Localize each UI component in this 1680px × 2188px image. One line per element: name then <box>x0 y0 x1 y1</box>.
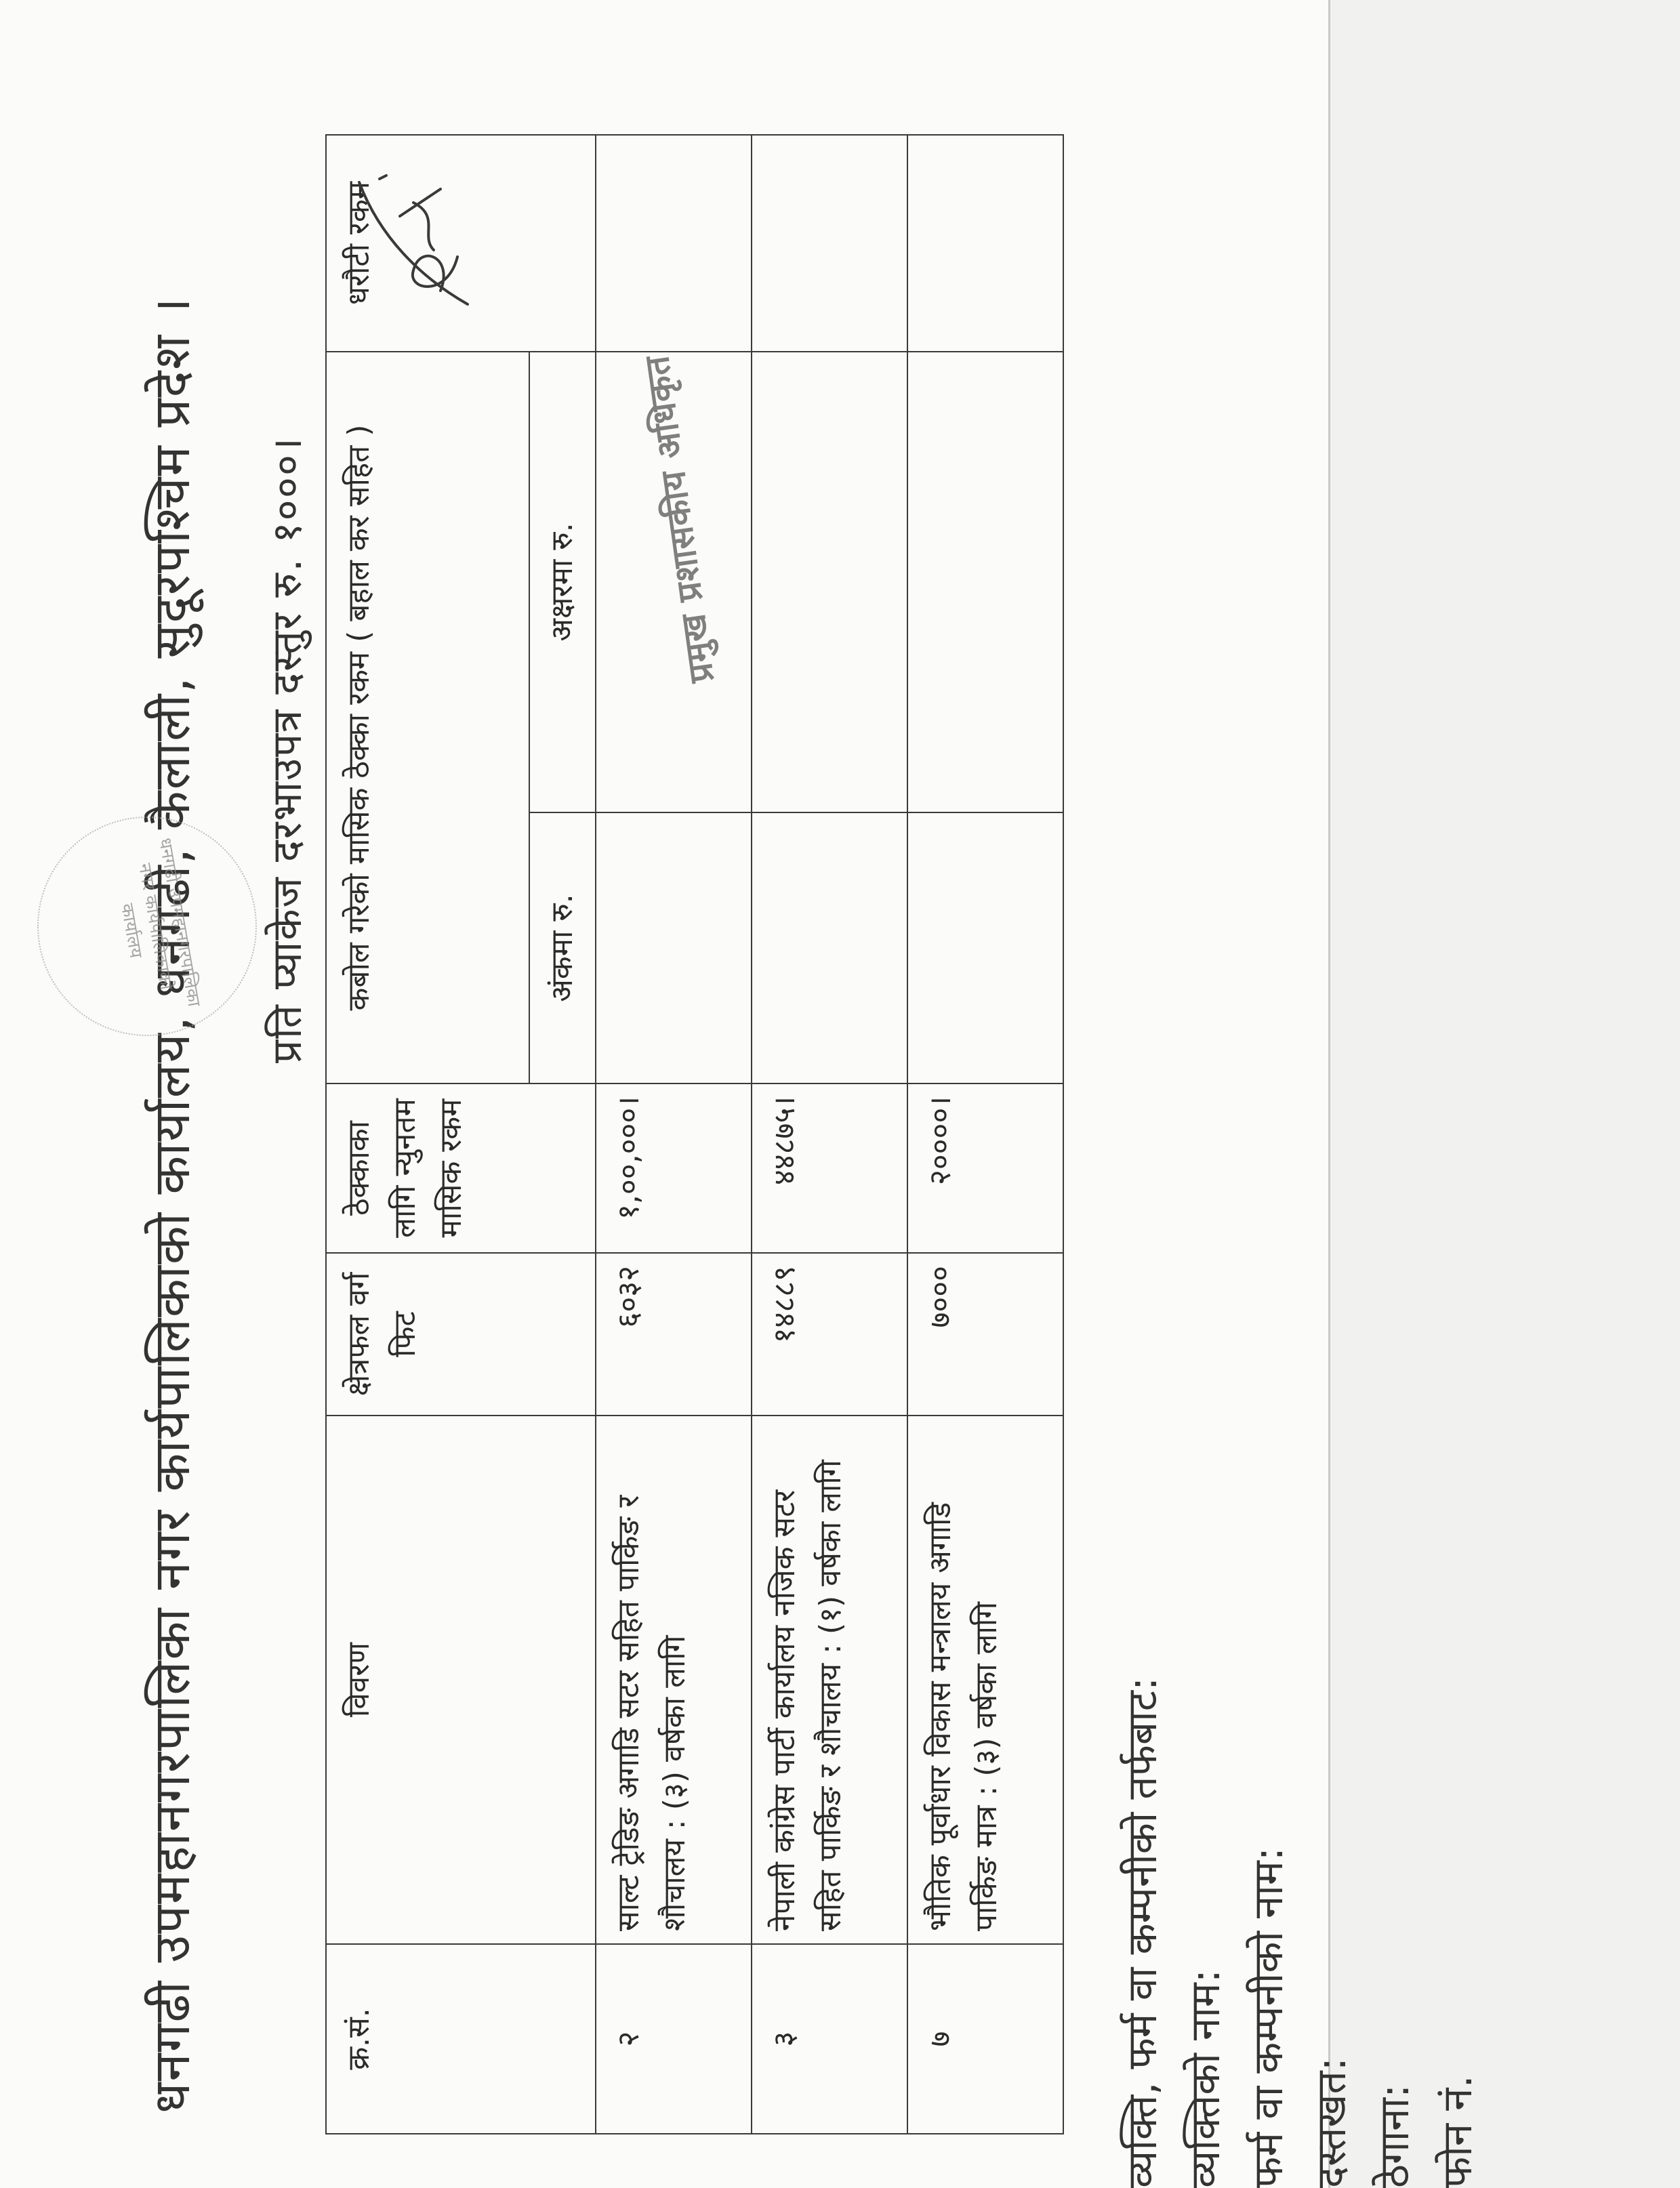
header-area: क्षेत्रफल वर्ग फिट <box>326 1253 596 1416</box>
row-quoted-digits-field[interactable] <box>907 812 1063 1083</box>
row-sn: ७ <box>907 1944 1063 2134</box>
row-description: नेपाली कांग्रेस पार्टी कार्यालय नजिक सटर… <box>752 1416 907 1944</box>
row-quoted-digits-field[interactable] <box>596 812 752 1083</box>
row-quoted-digits-field[interactable] <box>752 812 907 1083</box>
row-sn: २ <box>596 1944 752 2134</box>
table-row: ७ भौतिक पूर्वाधार विकास मन्त्रालय अगाडि … <box>907 135 1063 2134</box>
document-page: धनगढी उपमहानगरपालिका नगर कार्यपालिकाको क… <box>0 0 1680 2188</box>
row-area: ७००० <box>907 1253 1063 1416</box>
header-quoted-words: अक्षरमा रु. <box>529 352 596 812</box>
table-header-row: क्र.सं. विवरण क्षेत्रफल वर्ग फिट ठेक्काक… <box>326 135 529 2134</box>
row-quoted-words-field[interactable] <box>907 352 1063 812</box>
signature-mark <box>339 155 495 318</box>
row-description: साल्ट ट्रेडिङ अगाडि सटर सहित पार्किङ र श… <box>596 1416 752 1944</box>
document-title: धनगढी उपमहानगरपालिका नगर कार्यपालिकाको क… <box>136 47 204 2113</box>
bidder-details-footer: व्यक्ति, फर्म वा कम्पनीको तर्फबाट: व्यक्… <box>1111 1172 1490 2188</box>
header-description: विवरण <box>326 1416 596 1944</box>
round-seal-text: धनगढी उपमहानगरपालिका नगर कार्यपालिकाको क… <box>105 833 208 1020</box>
header-sn: क्र.सं. <box>326 1944 596 2134</box>
footer-line-signature[interactable]: दस्तखत: <box>1300 1172 1364 2188</box>
row-min-monthly: ४४८७५। <box>752 1083 907 1253</box>
round-seal-stamp: धनगढी उपमहानगरपालिका नगर कार्यपालिकाको क… <box>37 817 257 1036</box>
row-area: ६०३२ <box>596 1253 752 1416</box>
row-deposit-field[interactable] <box>907 135 1063 352</box>
footer-line-phone[interactable]: फोन नं. <box>1427 1172 1490 2188</box>
row-deposit-field[interactable] <box>752 135 907 352</box>
header-min-monthly: ठेक्काका लागि न्युनतम मासिक रकम <box>326 1083 596 1253</box>
footer-line-address[interactable]: ठेगाना: <box>1364 1172 1427 2188</box>
footer-line-on-behalf: व्यक्ति, फर्म वा कम्पनीको तर्फबाट: <box>1111 1172 1174 2188</box>
footer-line-person-name[interactable]: व्यक्तिको नाम: <box>1174 1172 1237 2188</box>
header-quoted-monthly: कबोल गरेको मासिक ठेक्का रकम ( बहाल कर सह… <box>326 352 529 1083</box>
table-row: ३ नेपाली कांग्रेस पार्टी कार्यालय नजिक स… <box>752 135 907 2134</box>
row-min-monthly: १,००,०००। <box>596 1083 752 1253</box>
row-min-monthly: २००००। <box>907 1083 1063 1253</box>
row-sn: ३ <box>752 1944 907 2134</box>
row-quoted-words-field[interactable] <box>752 352 907 812</box>
row-area: १४८८९ <box>752 1253 907 1416</box>
footer-line-firm-name[interactable]: फर्म वा कम्पनीको नाम: <box>1237 1172 1300 2188</box>
package-fee-line: प्रति प्याकेज दरभाउपत्र दस्तुर रु. १०००। <box>258 436 313 1063</box>
row-description: भौतिक पूर्वाधार विकास मन्त्रालय अगाडि पा… <box>907 1416 1063 1944</box>
header-quoted-digits: अंकमा रु. <box>529 812 596 1083</box>
